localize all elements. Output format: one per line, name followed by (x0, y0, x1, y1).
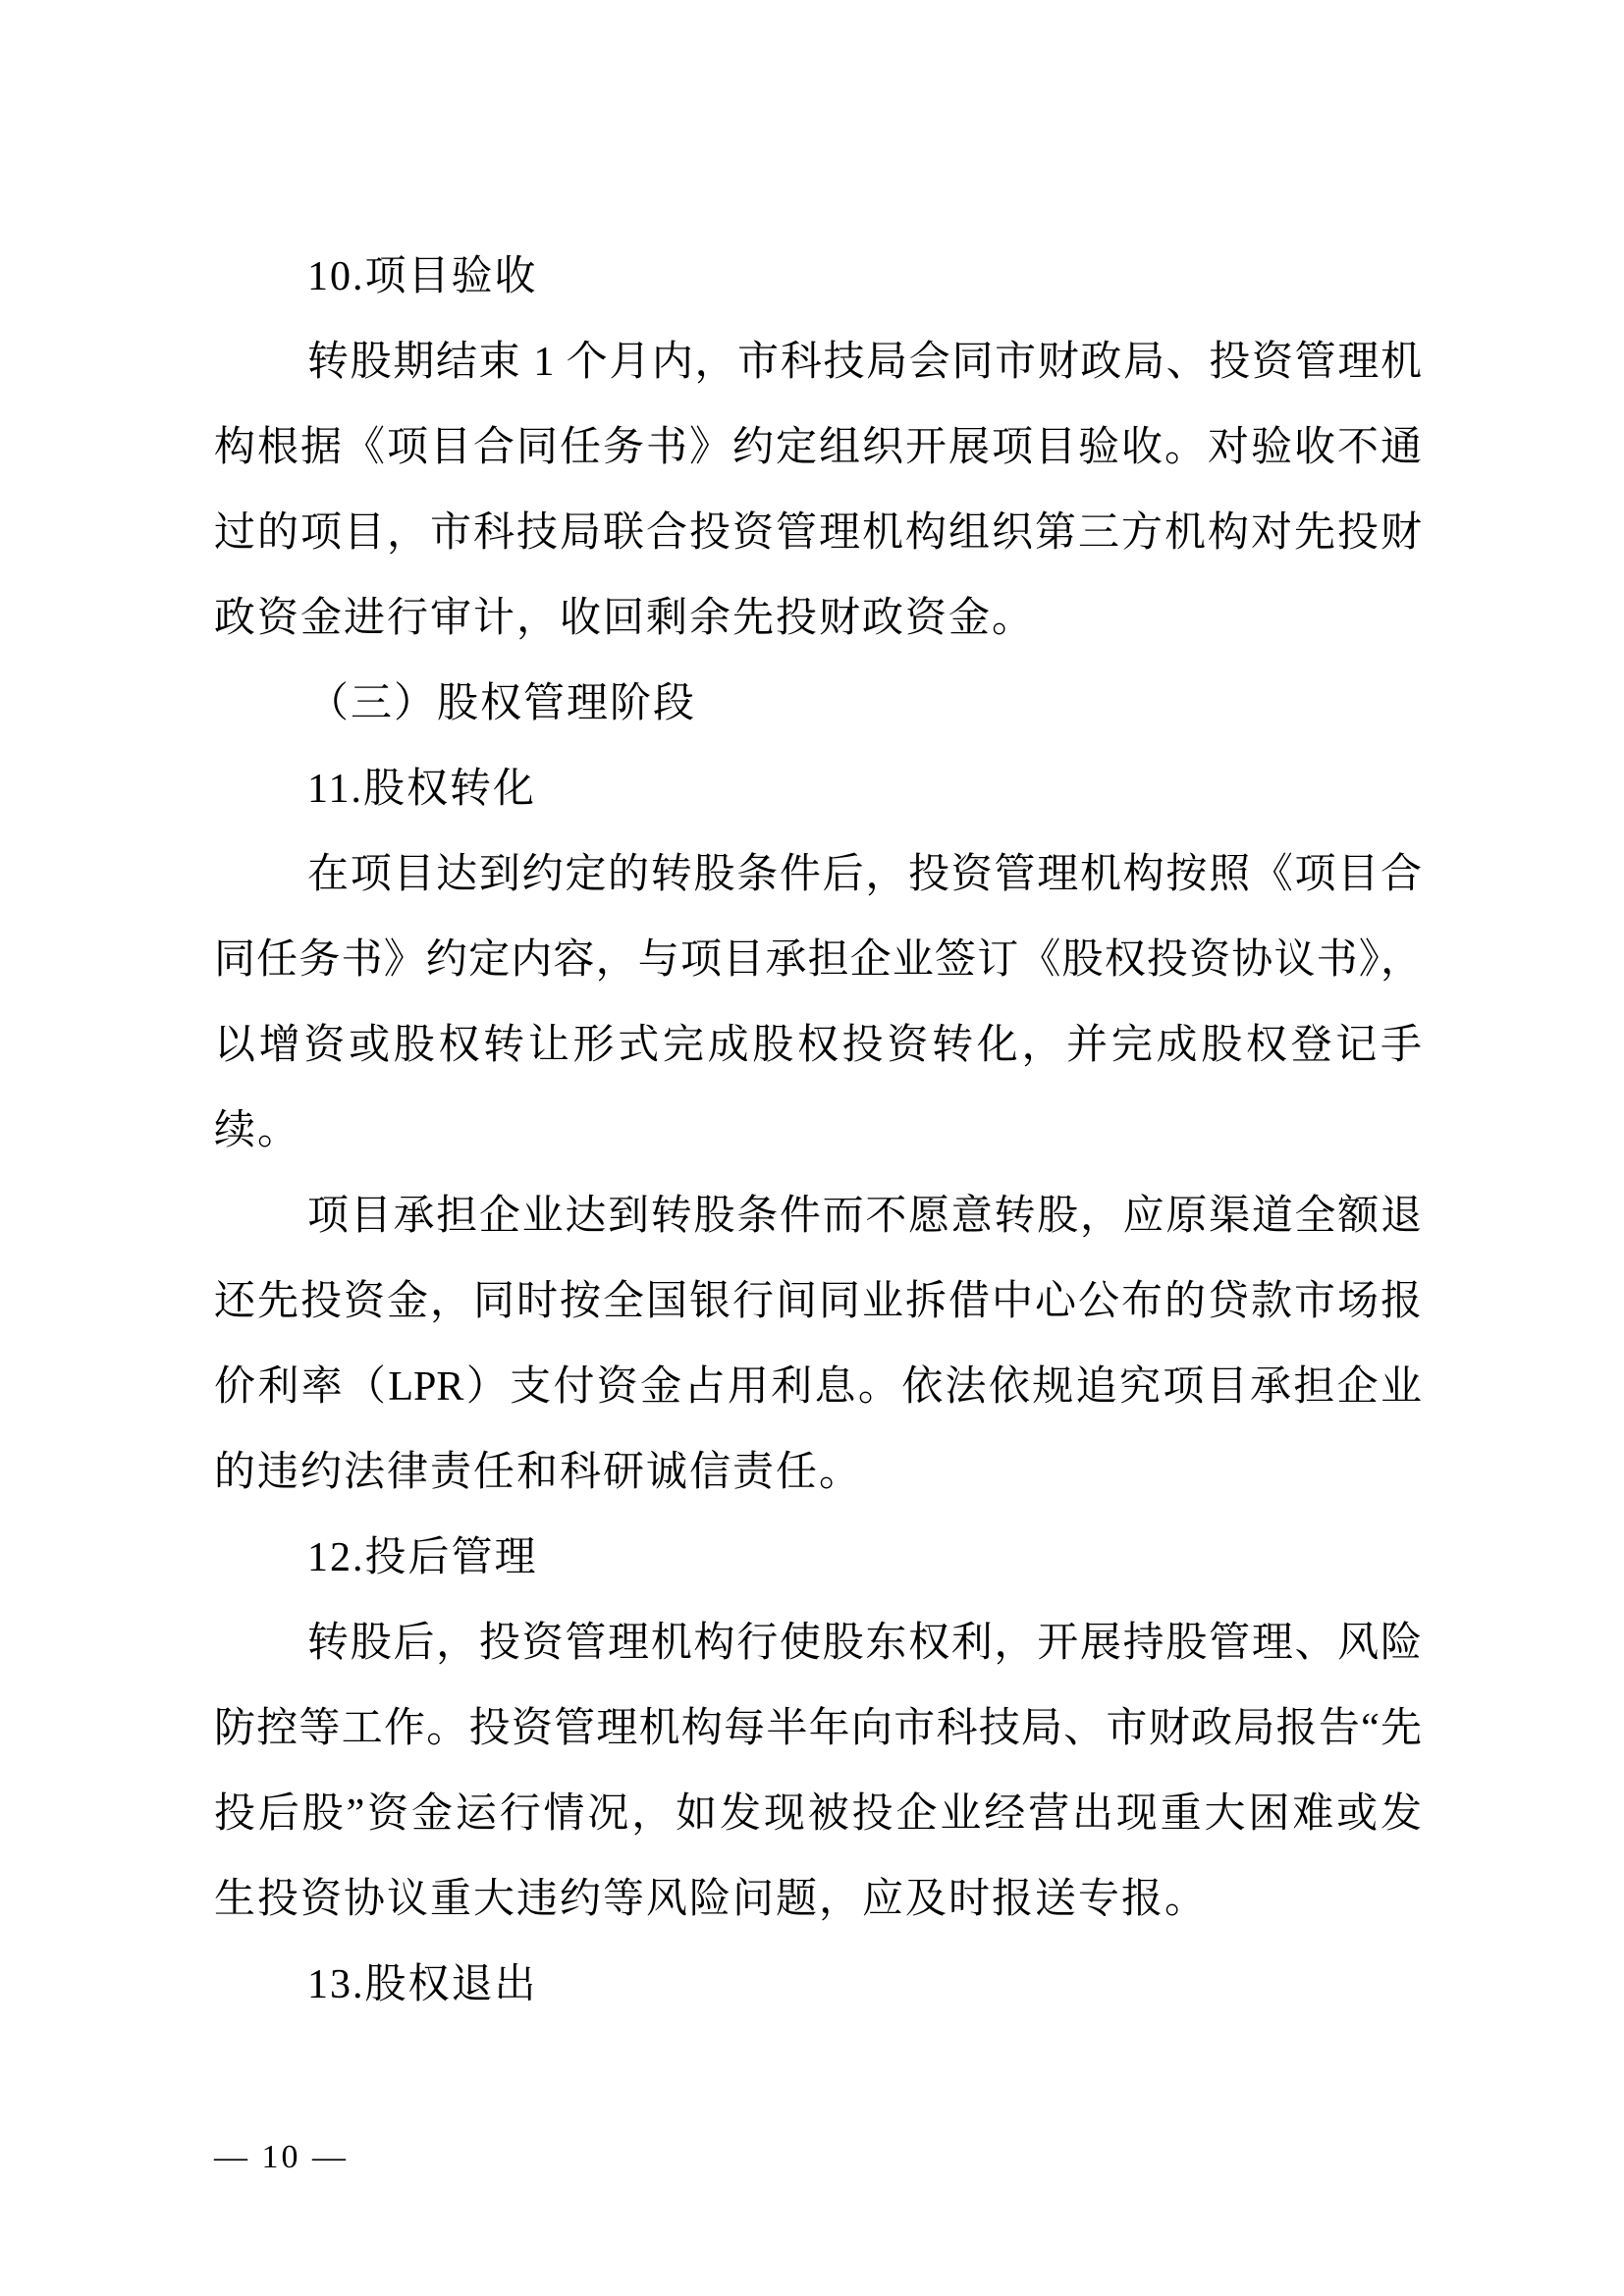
text-line: 续。 (214, 1089, 1422, 1174)
text-line: 政资金进行审计，收回剩余先投财政资金。 (214, 576, 1422, 662)
text-line: 转股后，投资管理机构行使股东权利，开展持股管理、风险 (214, 1601, 1422, 1686)
text-line: 价利率（LPR）支付资金占用利息。依法依规追究项目承担企业 (214, 1345, 1422, 1430)
text-line: 投后股”资金运行情况，如发现被投企业经营出现重大困难或发 (214, 1772, 1422, 1857)
text-line: 的违约法律责任和科研诚信责任。 (214, 1430, 1422, 1516)
page-footer: — 10 — (214, 2128, 349, 2187)
text-line: 在项目达到约定的转股条件后，投资管理机构按照《项目合 (214, 832, 1422, 918)
text-line: 生投资协议重大违约等风险问题，应及时报送专报。 (214, 1857, 1422, 1943)
text-line: 转股期结束 1 个月内，市科技局会同市财政局、投资管理机 (214, 320, 1422, 405)
text-line: 12.投后管理 (214, 1516, 1422, 1601)
text-line: （三）股权管理阶段 (214, 662, 1422, 747)
text-line: 防控等工作。投资管理机构每半年向市科技局、市财政局报告“先 (214, 1686, 1422, 1772)
text-line: 13.股权退出 (214, 1943, 1422, 2028)
text-line: 项目承担企业达到转股条件而不愿意转股，应原渠道全额退 (214, 1174, 1422, 1259)
document-page: 10.项目验收转股期结束 1 个月内，市科技局会同市财政局、投资管理机构根据《项… (0, 0, 1624, 2296)
text-line: 构根据《项目合同任务书》约定组织开展项目验收。对验收不通 (214, 405, 1422, 491)
text-line: 还先投资金，同时按全国银行间同业拆借中心公布的贷款市场报 (214, 1259, 1422, 1345)
text-line: 11.股权转化 (214, 747, 1422, 832)
text-line: 过的项目，市科技局联合投资管理机构组织第三方机构对先投财 (214, 491, 1422, 576)
text-line: 10.项目验收 (214, 235, 1422, 320)
text-line: 同任务书》约定内容，与项目承担企业签订《股权投资协议书》， (214, 918, 1422, 1003)
document-body: 10.项目验收转股期结束 1 个月内，市科技局会同市财政局、投资管理机构根据《项… (214, 235, 1422, 2028)
text-line: 以增资或股权转让形式完成股权投资转化，并完成股权登记手 (214, 1003, 1422, 1089)
